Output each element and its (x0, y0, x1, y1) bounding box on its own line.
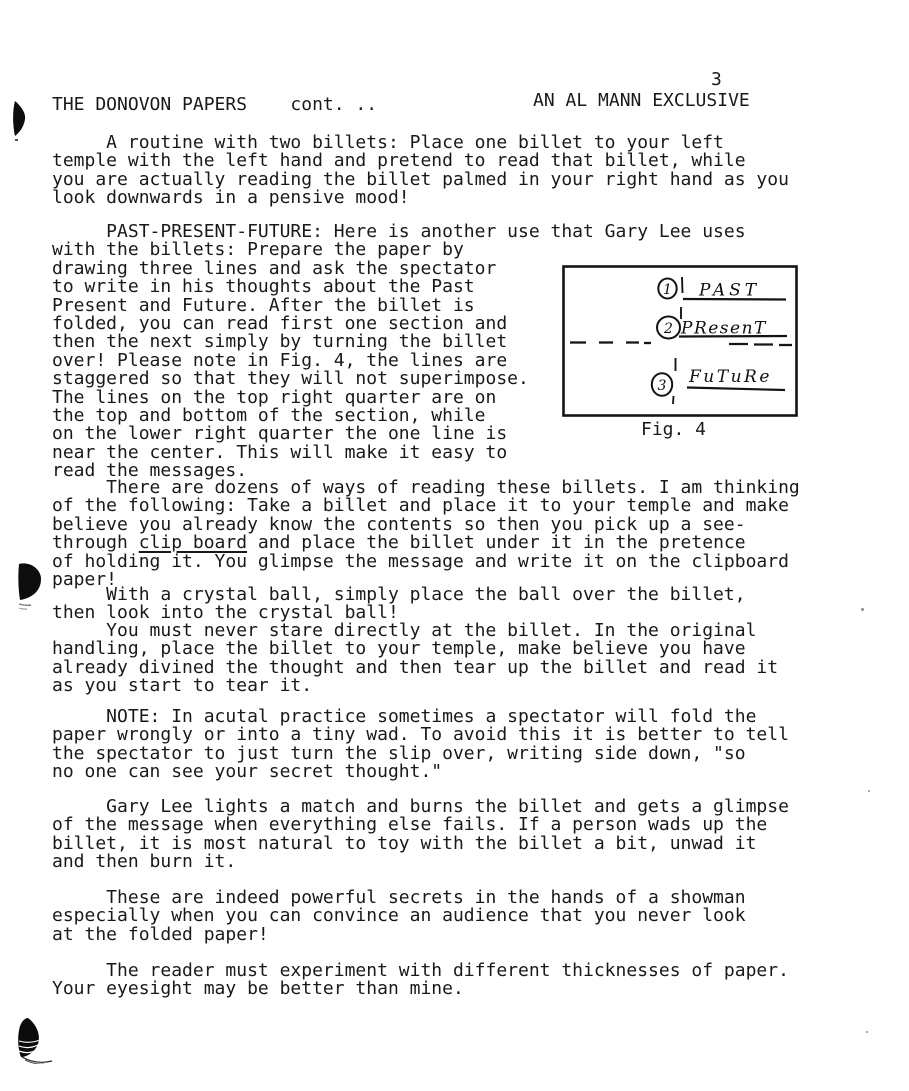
figure-border (564, 267, 797, 416)
page-number: 3 (711, 71, 722, 89)
circled-digit-3: 3 (658, 378, 667, 394)
horizontal-crease-line (570, 343, 792, 346)
underline-past (683, 299, 786, 300)
paragraph-routine: A routine with two billets: Place one bi… (52, 134, 789, 208)
paragraph-dozens-of-ways: There are dozens of ways of reading thes… (52, 479, 800, 589)
paragraph-gary-lee-match: Gary Lee lights a match and burns the bi… (52, 798, 789, 872)
circled-digit-2: 2 (663, 321, 673, 337)
figure-4-billet-diagram: 1 PAST 2 PResenT 3 FuTuRe (562, 265, 798, 417)
header-byline: AN AL MANN EXCLUSIVE (533, 92, 750, 110)
document-title: THE DONOVON PAPERS cont. .. (52, 96, 377, 114)
paragraph-powerful-secrets: These are indeed powerful secrets in the… (52, 889, 746, 944)
paragraph-reader-experiment: The reader must experiment with differen… (52, 962, 789, 999)
feather-ink-mark-bottom (14, 1016, 62, 1064)
scan-speck (866, 1031, 868, 1033)
paragraph-never-stare: You must never stare directly at the bil… (52, 622, 778, 696)
circled-digit-1: 1 (663, 282, 672, 298)
underline-future (687, 388, 785, 391)
underline-present (679, 336, 787, 337)
label-future: FuTuRe (688, 367, 772, 387)
label-past: PAST (698, 281, 760, 301)
paragraph-crystal-ball: With a crystal ball, simply place the ba… (52, 586, 746, 623)
margin-ink-mark-middle (18, 561, 44, 611)
scan-speck (861, 608, 864, 611)
figure-caption: Fig. 4 (641, 421, 706, 439)
scan-speck (868, 790, 870, 792)
paragraph-note: NOTE: In acutal practice sometimes a spe… (52, 708, 789, 782)
document-page: 3 THE DONOVON PAPERS cont. .. AN AL MANN… (0, 0, 909, 1091)
margin-ink-mark-top (12, 100, 30, 144)
